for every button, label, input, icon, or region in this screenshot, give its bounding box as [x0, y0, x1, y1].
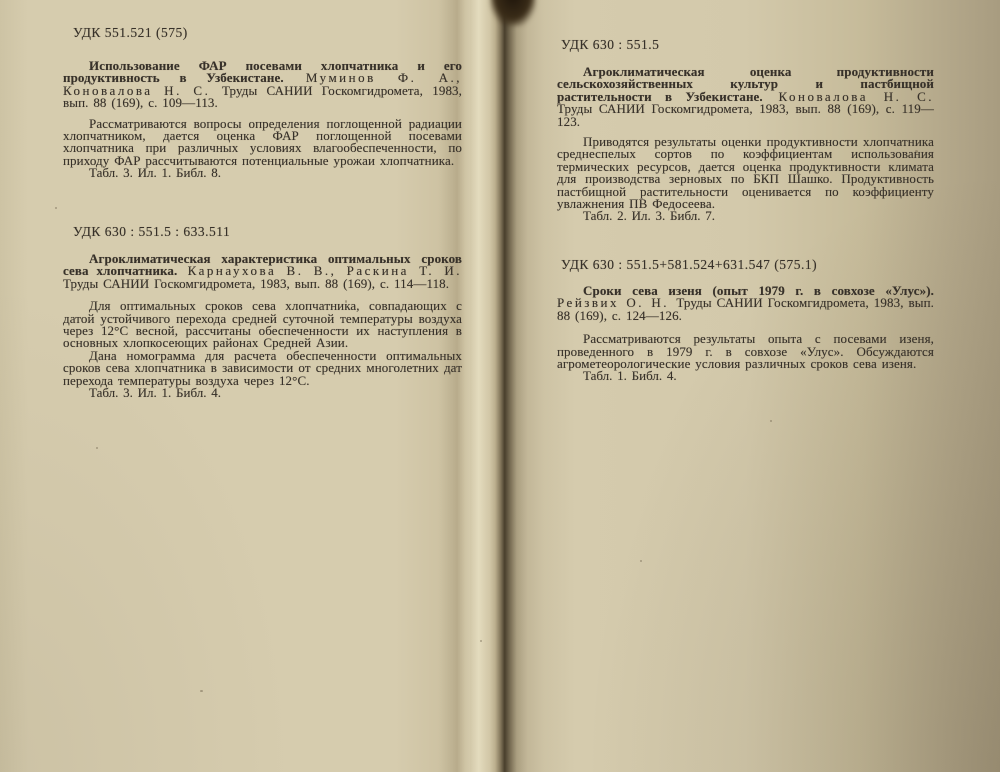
book-spread: УДК 551.521 (575) Использование ФАР посе… — [0, 0, 1000, 772]
entry-source: Труды САНИИ Госкомгидромета, 1983, вып. … — [63, 276, 449, 291]
abstract-paragraph: Приводятся результаты оценки продуктивно… — [557, 136, 934, 210]
udk-code: УДК 630 : 551.5 — [561, 38, 934, 51]
udk-code: УДК 630 : 551.5+581.524+631.547 (575.1) — [561, 258, 934, 271]
entry-title: Сроки сева изеня (опыт 1979 г. в совхозе… — [557, 285, 934, 322]
abstract-paragraph: Дана номограмма для расчета обеспеченнос… — [63, 350, 462, 387]
paper-speck — [480, 640, 482, 642]
abstract-paragraph: Рассматриваются вопросы определения погл… — [63, 118, 462, 168]
entry-source: Труды САНИИ Госкомгидромета, 1983, вып. … — [557, 101, 934, 128]
entry-title: Агроклиматическая характеристика оптимал… — [63, 253, 462, 290]
bibliographic-entry-right-2: УДК 630 : 551.5+581.524+631.547 (575.1) … — [557, 258, 934, 383]
paper-speck — [770, 420, 772, 422]
paper-speck — [640, 560, 642, 562]
refs-line: Табл. 3. Ил. 1. Библ. 4. — [89, 387, 462, 399]
abstract-paragraph: Для оптимальных сроков сева хлопчатника,… — [63, 300, 462, 350]
bibliographic-entry-right-1: УДК 630 : 551.5 Агроклиматическая оценка… — [557, 38, 934, 223]
abstract-paragraph: Рассматриваются результаты опыта с посев… — [557, 333, 934, 370]
refs-line: Табл. 1. Библ. 4. — [583, 370, 934, 382]
bibliographic-entry-left-1: УДК 551.521 (575) Использование ФАР посе… — [63, 26, 462, 180]
paper-speck — [55, 207, 57, 209]
udk-code: УДК 551.521 (575) — [73, 26, 462, 39]
entry-title: Использование ФАР посевами хлопчатника и… — [63, 60, 462, 110]
udk-code: УДК 630 : 551.5 : 633.511 — [73, 225, 462, 238]
refs-line: Табл. 2. Ил. 3. Библ. 7. — [583, 210, 934, 222]
refs-line: Табл. 3. Ил. 1. Библ. 8. — [89, 167, 462, 179]
entry-title: Агроклиматическая оценка продуктивности … — [557, 66, 934, 128]
bibliographic-entry-left-2: УДК 630 : 551.5 : 633.511 Агроклиматичес… — [63, 225, 462, 399]
paper-speck — [96, 447, 98, 449]
paper-speck — [200, 690, 203, 692]
